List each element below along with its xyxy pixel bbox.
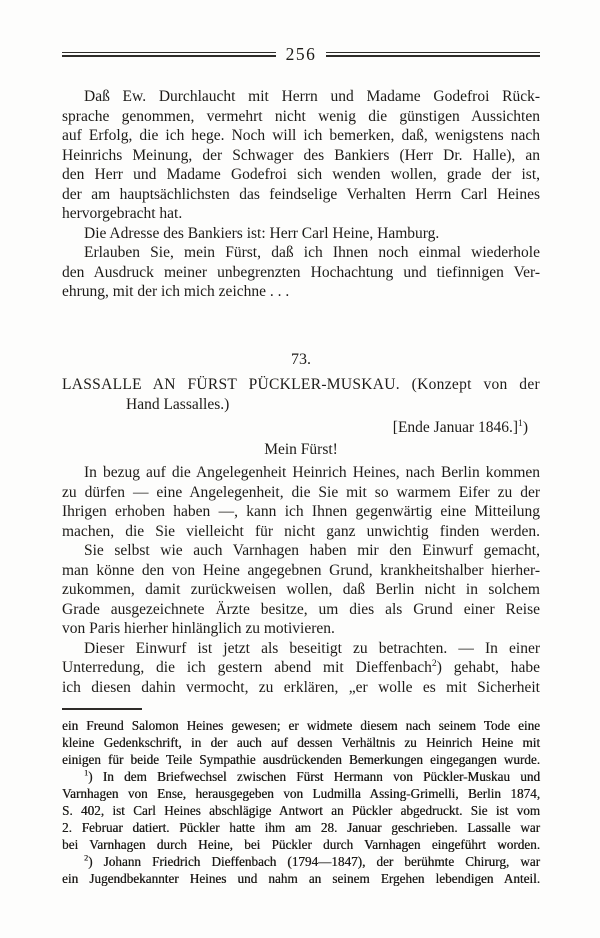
text-line: hervorgebracht hat. <box>62 204 540 224</box>
text-line: Unterredung, die ich gestern abend mit D… <box>62 658 540 678</box>
page-body: Daß Ew. Durchlaucht mit Herrn und Madame… <box>62 87 540 887</box>
running-head: 256 <box>62 44 540 64</box>
text-segment: ) In dem Briefwechsel zwischen Fürst Her… <box>88 769 540 784</box>
header-rule-left <box>62 52 276 57</box>
text-line: Heinrichs Meinung, der Schwager des Bank… <box>62 146 540 166</box>
letter-72-paragraph: Die Adresse des Bankiers ist: Herr Carl … <box>62 224 540 244</box>
letter-heading-carryover: Hand Lassalles.) <box>126 395 540 415</box>
header-rule-right <box>326 52 540 57</box>
footnote-line: kleine Gedenkschrift, in der auch auf de… <box>62 734 540 751</box>
text-line: ehrung, mit der ich mich zeichne . . . <box>62 282 540 302</box>
footnote-line: ein Freund Salomon Heines gewesen; er wi… <box>62 717 540 734</box>
text-line: man könne den von Heine angegebnen Grund… <box>62 561 540 581</box>
letter-72-paragraph: Erlauben Sie, mein Fürst, daß ich Ihnen … <box>62 243 540 302</box>
text-line: der am hauptsächlichsten das feindselige… <box>62 185 540 205</box>
text-line: zu dürfen — eine Angelegenheit, die Sie … <box>62 483 540 503</box>
text-segment: ) Johann Friedrich Dieffenbach (1794—184… <box>88 854 540 869</box>
letter-72-paragraph: Daß Ew. Durchlaucht mit Herrn und Madame… <box>62 87 540 224</box>
text-line: zukommen, damit zurückweisen wollen, daß… <box>62 580 540 600</box>
text-line: auf Erfolg, die ich hege. Noch will ich … <box>62 126 540 146</box>
footnote-line: einigen für beide Teile Sympathie ausdrü… <box>62 751 540 768</box>
text-segment: Unterredung, die ich gestern abend mit D… <box>62 659 432 676</box>
footnote-line: Varnhagen von Ense, herausgegeben von Lu… <box>62 785 540 802</box>
footnote-2: 2) Johann Friedrich Dieffenbach (1794—18… <box>62 853 540 887</box>
footnote-continuation: ein Freund Salomon Heines gewesen; er wi… <box>62 717 540 768</box>
text-line: sprache genommen, vermehrt nicht wenig d… <box>62 107 540 127</box>
text-line: den Ausdruck meiner unbegrenzten Hochach… <box>62 263 540 283</box>
footnote-line: 2. Februar datiert. Pückler hatte ihm am… <box>62 819 540 836</box>
text-line: den Herr und Madame Godefroi sich wenden… <box>62 165 540 185</box>
text-line: Grade ausgezeichnete Ärzte besitze, um d… <box>62 600 540 620</box>
footnote-line: S. 402, ist Carl Heines abschlägige Antw… <box>62 802 540 819</box>
letter-73-paragraph: In bezug auf die Angelegenheit Heinrich … <box>62 463 540 541</box>
book-page: 256 Daß Ew. Durchlaucht mit Herrn und Ma… <box>0 0 600 938</box>
footnote-1: 1) In dem Briefwechsel zwischen Fürst He… <box>62 768 540 853</box>
text-line: Erlauben Sie, mein Fürst, daß ich Ihnen … <box>62 243 540 263</box>
footnote-line: bei Varnhagen durch Heine, bei Pückler d… <box>62 836 540 853</box>
date-paren: ) <box>523 419 528 436</box>
text-line: Ihrigen erhoben haben —, kann ich Ihnen … <box>62 502 540 522</box>
date-text: [Ende Januar 1846.] <box>393 419 518 436</box>
letter-heading: LASSALLE AN FÜRST PÜCKLER-MUSKAU. (Konze… <box>62 375 540 395</box>
footnote-line: 1) In dem Briefwechsel zwischen Fürst He… <box>62 768 540 785</box>
footnote-separator <box>62 708 142 710</box>
letter-73: 73. LASSALLE AN FÜRST PÜCKLER-MUSKAU. (K… <box>62 350 540 698</box>
letter-date: [Ende Januar 1846.]1) <box>62 418 540 438</box>
footnote-line: 2) Johann Friedrich Dieffenbach (1794—18… <box>62 853 540 870</box>
text-line: ich diesen dahin vermocht, zu erklären, … <box>62 678 540 698</box>
text-line: Sie selbst wie auch Varnhagen haben mir … <box>62 541 540 561</box>
page-number: 256 <box>286 44 317 64</box>
letter-number: 73. <box>62 350 540 370</box>
letter-salutation: Mein Fürst! <box>62 440 540 460</box>
text-line: In bezug auf die Angelegenheit Heinrich … <box>62 463 540 483</box>
footnotes-block: ein Freund Salomon Heines gewesen; er wi… <box>62 717 540 887</box>
letter-73-paragraph: Sie selbst wie auch Varnhagen haben mir … <box>62 541 540 639</box>
text-segment: ) gehabt, habe <box>437 659 540 676</box>
text-line: Daß Ew. Durchlaucht mit Herrn und Madame… <box>62 87 540 107</box>
text-line: Dieser Einwurf ist jetzt als beseitigt z… <box>62 639 540 659</box>
letter-73-paragraph: Dieser Einwurf ist jetzt als beseitigt z… <box>62 639 540 698</box>
text-line: Die Adresse des Bankiers ist: Herr Carl … <box>62 224 540 244</box>
text-line: machen, die Sie vielleicht für nicht gan… <box>62 522 540 542</box>
footnote-line: ein Jugendbekannter Heines und nahm an s… <box>62 870 540 887</box>
text-line: von Paris hierher hinlänglich zu motivie… <box>62 619 540 639</box>
